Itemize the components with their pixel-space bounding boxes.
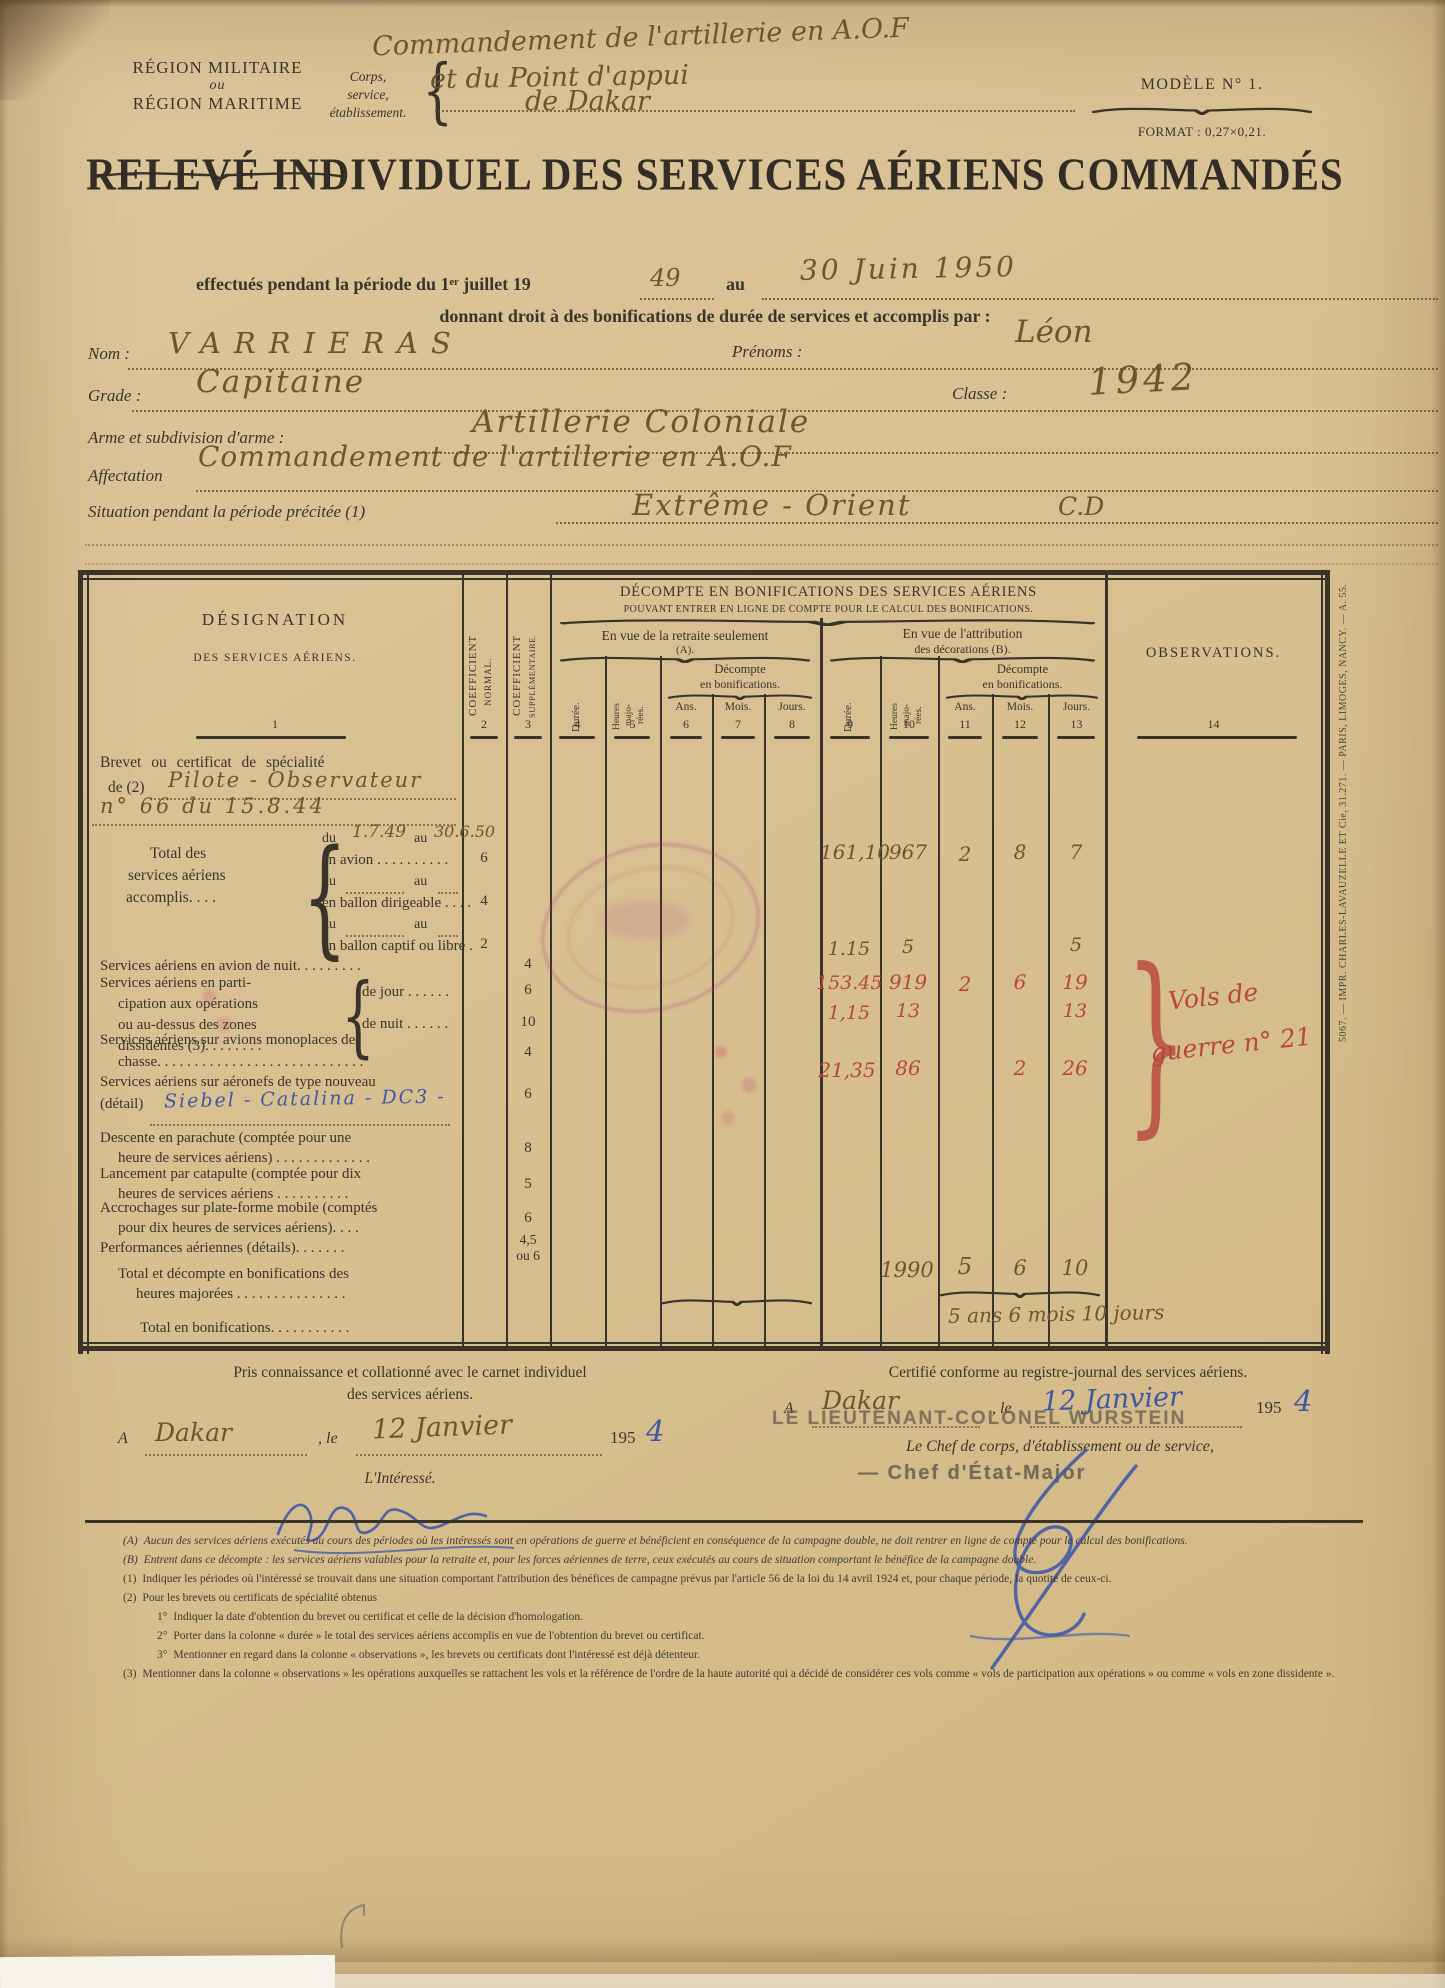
row-parachute-coeff: 8 [506,1140,550,1157]
header-dash [614,736,650,739]
val-aeronefs-jours: 26 [1048,1056,1102,1080]
row-dirigeable-coeff: 4 [462,893,506,910]
col-a-ans: Ans. [660,701,712,713]
footnotes-rule [85,1520,1363,1523]
col-a-jours: Jours. [764,701,820,713]
region-line2: ou [85,78,350,94]
grid-vline [712,694,714,1346]
scanned-form-page: RÉGION MILITAIRE ou RÉGION MARITIME Corp… [0,0,1445,1988]
val-aeronefs-mois: 2 [994,1056,1046,1080]
total-swash-b [940,1288,1100,1298]
stray-pencil-mark [330,1895,390,1955]
printer-imprint: 5067. — IMPR. CHARLES-LAVAUZELLE ET Cie,… [1338,556,1349,1042]
footnote-text: Indiquer la date d'obtention du brevet o… [173,1611,583,1623]
row-jour-coeff: 6 [506,982,550,999]
footnote: 2°Porter dans la colonne « durée » le to… [85,1627,1363,1646]
col-num-3: 3 [506,717,550,732]
modele-label: MODÈLE N° 1. [1092,76,1312,94]
val-jour-mois: 6 [994,970,1046,994]
row-avion-label: en avion . . . . . . . . . . [322,852,448,869]
col-num-1: 1 [88,717,462,732]
header-dash [470,736,498,739]
row-dirigeable-du: du [322,874,336,890]
col-a-decompte-l1: Décompte [662,662,818,677]
row-parachute-l1: Descente en parachute (comptée pour une [100,1130,351,1147]
ink-speckles [185,975,245,1045]
footnote-tag: 2° [157,1630,167,1642]
cert-right-year: 195 [1256,1398,1282,1418]
row-aeronefs-hw: Siebel - Catalina - DC3 - [164,1086,446,1113]
prenoms-label: Prénoms : [732,342,802,362]
header-dash [1137,736,1297,739]
scanner-bed-strip-right [320,1974,1445,1988]
row-dirigeable-du-dots [346,884,404,894]
footnote: (B)Entrent dans ce décompte : les servic… [85,1551,1363,1570]
table-border-right-thin [1321,570,1323,1354]
col-b-jours: Jours. [1048,701,1105,713]
stamp-officer-name: LE LIEUTENANT-COLONEL WURSTEIN [772,1408,1186,1430]
row-catapulte-coeff: 5 [506,1176,550,1193]
val-total-handwritten: 5 ans 6 mois 10 jours [948,1300,1165,1328]
footnote-tag: (1) [123,1573,136,1585]
val-aeronefs-duree: 21,35 [818,1058,876,1082]
val-nuit-jours: 5 [1050,934,1102,956]
val-pnuit-duree: 1,15 [822,1002,876,1024]
footnote: 3°Mentionner en regard dans la colonne «… [85,1646,1363,1665]
corps-line1: Corps, [318,68,418,86]
val-jour-duree: 153.45 [816,972,878,994]
footnote-tag: 3° [157,1649,167,1661]
header-dash [889,736,929,739]
row-accrochages-coeff: 6 [506,1210,550,1227]
cert-left-date: 12 Janvier [372,1410,513,1446]
total-block-label1: Total des [150,845,206,863]
corps-block: Corps, service, établissement. [318,68,418,122]
footnote-text: Aucun des services aériens exécutés au c… [144,1535,1188,1547]
table-border-right [1325,570,1330,1354]
val-avion-jours: 7 [1050,840,1102,864]
scan-edge-left [0,0,8,1988]
decompte-header-l2: POUVANT ENTRER EN LIGNE DE COMPTE POUR L… [552,604,1105,615]
footnote-text: Mentionner dans la colonne « observation… [142,1668,1334,1680]
region-line1: RÉGION MILITAIRE [85,58,350,78]
col-num-6: 6 [660,717,712,732]
col-num-9: 9 [820,717,880,732]
col-num-7: 7 [712,717,764,732]
footnote: (A)Aucun des services aériens exécutés a… [85,1532,1363,1551]
header-dash [948,736,982,739]
scanner-bed-strip [0,1955,335,1988]
val-jour-ans: 2 [940,972,990,996]
header-dash [721,736,755,739]
header-dash [670,736,702,739]
col-coeff-normal-l1: COEFFICIENT [467,588,479,716]
classe-value: 1942 [1087,355,1199,404]
val-avion-mois: 8 [994,840,1046,864]
col-num-13: 13 [1048,717,1105,732]
row-dirigeable-au-dots [438,884,458,894]
col-a-decompte-swash [668,692,812,700]
footnote: (2)Pour les brevets ou certificats de sp… [85,1589,1363,1608]
header-dash [774,736,810,739]
col-coeff-normal-l2: NORMAL. [483,606,493,706]
footnote-tag: (A) [123,1535,138,1547]
prenoms-value: Léon [1015,314,1093,350]
header-dash [1057,736,1095,739]
row-avion-du-hw: 1.7.49 [352,822,406,842]
cert-left-year: 195 [610,1428,636,1448]
col-num-12: 12 [992,717,1048,732]
footnote-text: Mentionner en regard dans la colonne « o… [173,1649,700,1661]
cert-left-l2: des services aériens. [148,1386,672,1404]
footnote-text: Indiquer les périodes où l'intéressé se … [142,1573,1111,1585]
nom-label: Nom : [88,344,130,364]
row-accrochages-l2: pour dix heures de services aériens). . … [118,1220,359,1237]
row-captif-au-dots [438,927,458,937]
table-border-bottom [80,1346,1330,1351]
col-num-11: 11 [938,717,992,732]
val-aeronefs-heures: 86 [882,1056,934,1080]
group-b-l1: En vue de l'attribution [822,626,1103,642]
row-avion-du: du [322,831,336,847]
row-nuit-label: de nuit . . . . . . [362,1016,448,1033]
row-captif-du: du [322,917,336,933]
grid-vline [1105,572,1108,1346]
val-pnuit-jours: 13 [1048,1000,1102,1022]
region-block: RÉGION MILITAIRE ou RÉGION MARITIME [85,58,350,114]
val-total-mois: 6 [994,1256,1046,1280]
col-designation-sub: DES SERVICES AÉRIENS. [88,652,462,664]
val-nuit-heures: 5 [882,936,934,958]
footnote-tag: (2) [123,1592,136,1604]
region-line3: RÉGION MARITIME [85,94,350,114]
grid-vline [462,572,464,1346]
header-dash [830,736,870,739]
row-performances-coeff1: 4,5 [506,1232,550,1248]
cert-right-year-hw: 4 [1294,1384,1312,1418]
row-avion-au: au [414,831,427,847]
period-dots-1 [640,282,714,300]
col-num-2: 2 [462,717,506,732]
row-dirigeable-label: en ballon dirigeable . . . . [322,895,471,912]
header-dash [559,736,595,739]
col-observations: OBSERVATIONS. [1105,645,1322,662]
row-performances-label: Performances aériennes (détails). . . . … [100,1240,345,1257]
affectation-value: Commandement de l'artillerie en A.O.F [198,440,792,473]
modele-swash [1092,104,1312,115]
col-coeff-suppl-l1: COEFFICIENT [511,588,523,716]
val-total-heures: 1990 [878,1258,936,1282]
footnote-tag: 1° [157,1611,167,1623]
cert-left-a: A [118,1430,128,1448]
table-border-left [78,570,83,1354]
header-dash [1002,736,1038,739]
unit-handwritten-line1: Commandement de l'artillerie en A.O.F [372,13,910,63]
row-nuit-coeff: 10 [506,1014,550,1031]
corps-line2: service, [318,86,418,104]
situation-extra-line1 [85,530,1438,546]
row-total-heures-l2: heures majorées . . . . . . . . . . . . … [136,1286,346,1303]
row-aeronefs-l2-label: (détail) [100,1096,143,1113]
val-total-ans: 5 [940,1254,990,1280]
col-b-decompte-l1: Décompte [940,662,1105,677]
row-captif-label: en ballon captif ou libre . [322,938,473,955]
footnotes-block: (A)Aucun des services aériens exécutés a… [85,1532,1363,1684]
val-avion-duree: 161,10 [820,840,878,864]
footnote-tag: (3) [123,1668,136,1680]
situation-label: Situation pendant la période précitée (1… [88,502,365,522]
val-avion-heures: 967 [882,840,934,864]
row-avion-nuit-label: Services aériens en avion de nuit. . . .… [100,958,361,975]
row-performances-coeff2: ou 6 [506,1248,550,1264]
header-dash [196,736,346,739]
grade-value: Capitaine [196,364,365,400]
val-jour-heures: 919 [882,970,934,994]
col-b-decompte-swash [946,692,1098,700]
decompte-header-l1: DÉCOMPTE EN BONIFICATIONS DES SERVICES A… [552,584,1105,601]
val-avion-ans: 2 [940,842,990,866]
nom-value: VARRIERAS [168,326,464,360]
cert-left-l1: Pris connaissance et collationné avec le… [148,1364,672,1382]
grid-vline [992,694,994,1346]
col-num-5: 5 [605,717,660,732]
ink-stamp-blot [600,900,690,940]
col-num-10: 10 [880,717,938,732]
format-label: FORMAT : 0,27×0,21. [1092,124,1312,140]
cert-right-l1: Certifié conforme au registre-journal de… [768,1364,1368,1382]
cert-left-place-dots [145,1442,307,1456]
group-a-l1: En vue de la retraite seulement [552,628,818,644]
period-prefix: effectués pendant la période du 1ᵉʳ juil… [196,274,531,295]
decompte-header-swash [560,616,1095,626]
col-designation-title: DÉSIGNATION [88,610,462,630]
arme-value: Artillerie Coloniale [472,404,810,440]
col-a-decompte-l2: en bonifications. [662,677,818,692]
ink-speckles [700,1030,770,1140]
grid-vline [938,656,940,1346]
col-num-14: 14 [1105,717,1322,732]
aeronefs-separator [150,1114,450,1126]
col-b-mois: Mois. [992,701,1048,713]
affectation-label: Affectation [88,466,163,486]
row-captif-du-dots [346,927,404,937]
row-captif-coeff: 2 [462,936,506,953]
total-block-label2: services aériens [128,867,226,885]
grid-vline [764,694,766,1346]
situation-extra-line2 [85,550,1438,565]
footnote: (1)Indiquer les périodes où l'intéressé … [85,1570,1363,1589]
total-block-label3: accomplis. . . . [126,889,216,907]
row-catapulte-l1: Lancement par catapulte (comptée pour di… [100,1166,361,1183]
total-swash-a [662,1296,812,1306]
col-a-mois: Mois. [712,701,764,713]
col-b-decompte-l2: en bonifications. [940,677,1105,692]
row-avion-coeff: 6 [462,850,506,867]
col-coeff-suppl-l2: SUPPLÉMENTAIRE. [527,586,537,718]
grant-line: donnant droit à des bonifications de dur… [70,306,1360,327]
situation-value: Extrême - Orient [632,488,912,522]
period-end: 30 Juin 1950 [800,250,1017,287]
row-accrochages-l1: Accrochages sur plate-forme mobile (comp… [100,1200,377,1217]
unit-dotted-line [435,92,1075,112]
table-border-top [80,570,1330,575]
col-num-8: 8 [764,717,820,732]
cert-left-date-dots [356,1442,602,1456]
footnote: 1°Indiquer la date d'obtention du brevet… [85,1608,1363,1627]
situation-value2: C.D [1058,492,1104,521]
row-parachute-l2: heure de services aériens) . . . . . . .… [118,1150,370,1167]
corps-line3: établissement. [318,104,418,122]
col-b-ans: Ans. [938,701,992,713]
row-total-heures-l1: Total et décompte en bonifications des [118,1266,349,1283]
table-border-top-thin [80,578,1330,580]
table-border-left-thin [87,570,89,1354]
row-avion-au-hw: 30.6.50 [434,822,495,841]
page-title: RELEVÉ INDIVIDUEL DES SERVICES AÉRIENS C… [70,147,1360,201]
row-jour-label: de jour . . . . . . [362,984,449,1001]
footnote-text: Pour les brevets ou certificats de spéci… [142,1592,377,1604]
row-captif-au: au [414,917,427,933]
val-nuit-duree: 1.15 [822,938,876,960]
footnote-tag: (B) [123,1554,138,1566]
row-monoplaces-coeff: 4 [506,1044,550,1061]
footnote-text: Entrent dans ce décompte : les services … [144,1554,1037,1566]
header-dash [514,736,542,739]
scan-edge-top [0,0,1445,7]
col-num-4: 4 [550,717,605,732]
classe-label: Classe : [952,384,1007,404]
row-dirigeable-au: au [414,874,427,890]
row-total-bonif-label: Total en bonifications. . . . . . . . . … [140,1320,349,1337]
row-monoplaces-l2: chasse. . . . . . . . . . . . . . . . . … [118,1054,363,1071]
period-au: au [726,274,745,295]
table-border-bottom-thin [80,1342,1330,1344]
val-jour-jours: 19 [1048,970,1102,994]
footnote-text: Porter dans la colonne « durée » le tota… [173,1630,704,1642]
cert-left-year-hw: 4 [646,1414,664,1448]
val-total-jours: 10 [1048,1256,1102,1280]
row-aeronefs-coeff: 6 [506,1086,550,1103]
footnote: (3)Mentionner dans la colonne « observat… [85,1665,1363,1684]
cert-left-le: , le [318,1430,338,1448]
val-pnuit-heures: 13 [882,1000,934,1022]
